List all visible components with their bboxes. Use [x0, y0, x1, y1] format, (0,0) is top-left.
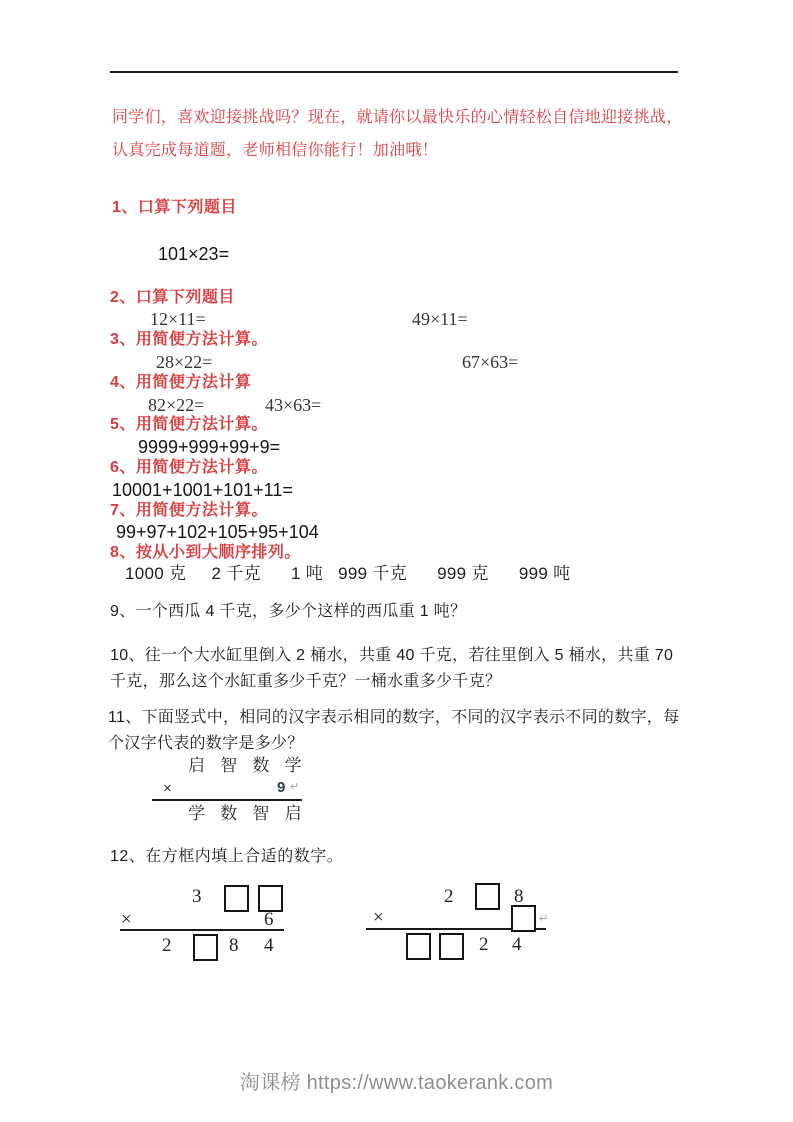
left-mult-result-digit-2: 2 [162, 935, 172, 957]
puzzle-char-qi: 启 [188, 755, 205, 776]
blank-box [258, 885, 283, 912]
footer-site-text: 淘课榜 https://www.taokerank.com [0, 1066, 793, 1095]
left-mult-equals-line [120, 929, 284, 931]
question-2-title: 2、口算下列题目 [110, 288, 235, 308]
question-8-items: 1000 克 2 千克 1 吨 999 千克 999 克 999 吨 [125, 563, 570, 584]
blank-box [511, 905, 536, 932]
question-5-title: 5、用简便方法计算。 [110, 415, 268, 435]
puzzle-char-xue: 学 [285, 755, 302, 776]
question-1-title: 1、口算下列题目 [112, 198, 237, 218]
left-mult-result-digit-4: 4 [264, 935, 274, 957]
question-4-problem-1: 82×22= [148, 394, 204, 417]
question-2-problem-2: 49×11= [412, 308, 468, 331]
question-3-title: 3、用简便方法计算。 [110, 330, 268, 350]
puzzle-times-sign: × [163, 780, 172, 799]
right-mult-times-sign: × [373, 907, 384, 929]
question-9-text: 9、一个西瓜 4 千克，多少个这样的西瓜重 1 吨？ [110, 602, 466, 622]
question-2-problem-1: 12×11= [150, 308, 206, 331]
question-10-line-1: 10、往一个大水缸里倒入 2 桶水，共重 40 千克，若往里倒入 5 桶水，共重… [110, 646, 673, 666]
question-6-title: 6、用简便方法计算。 [110, 458, 268, 478]
right-mult-digit-8: 8 [514, 886, 524, 908]
blank-box [193, 934, 218, 961]
left-mult-digit-3: 3 [192, 886, 202, 908]
blank-box [439, 933, 464, 960]
right-mult-result-digit-4: 4 [512, 934, 522, 956]
puzzle-char-shu: 数 [252, 755, 269, 776]
puzzle-multiplicand-row: 启 智 数 学 [188, 755, 302, 776]
puzzle-char-shu2: 数 [220, 803, 237, 824]
blank-box [475, 883, 500, 910]
puzzle-char-xue2: 学 [188, 803, 205, 824]
right-mult-result-digit-2: 2 [479, 934, 489, 956]
question-5-problem: 9999+999+99+9= [138, 436, 280, 459]
left-mult-times-sign: × [121, 909, 132, 931]
puzzle-equals-line [152, 799, 302, 801]
question-4-problem-2: 43×63= [265, 394, 321, 417]
question-6-problem: 10001+1001+101+11= [112, 479, 293, 502]
top-divider-line [110, 71, 678, 73]
question-11-line-2: 个汉字代表的数字是多少？ [108, 734, 304, 754]
blank-box [224, 885, 249, 912]
left-mult-digit-6: 6 [264, 909, 274, 931]
right-mult-digit-2: 2 [444, 886, 454, 908]
question-8-title: 8、按从小到大顺序排列。 [110, 543, 301, 563]
puzzle-char-zhi2: 智 [252, 803, 269, 824]
question-3-problem-1: 28×22= [156, 351, 212, 374]
question-4-title: 4、用简便方法计算 [110, 373, 251, 393]
question-3-problem-2: 67×63= [462, 351, 518, 374]
intro-line-2: 认真完成每道题，老师相信你能行！加油哦！ [112, 141, 438, 161]
question-12-title: 12、在方框内填上合适的数字。 [110, 847, 343, 867]
question-7-title: 7、用简便方法计算。 [110, 501, 268, 521]
return-mark-icon: ↵ [290, 781, 299, 795]
puzzle-multiplier-digit: 9 [277, 779, 285, 798]
puzzle-char-zhi: 智 [220, 755, 237, 776]
puzzle-product-row: 学 数 智 启 [188, 803, 302, 824]
question-10-line-2: 千克，那么这个水缸重多少千克？一桶水重多少千克？ [110, 672, 501, 692]
left-mult-result-digit-8: 8 [229, 935, 239, 957]
puzzle-char-qi2: 启 [285, 803, 302, 824]
question-1-problem: 101×23= [158, 243, 229, 266]
question-11-line-1: 11、下面竖式中，相同的汉字表示相同的数字，不同的汉字表示不同的数字，每 [108, 708, 679, 728]
worksheet-page: 同学们，喜欢迎接挑战吗？现在，就请你以最快乐的心情轻松自信地迎接挑战， 认真完成… [0, 0, 793, 1122]
blank-box [406, 933, 431, 960]
return-mark-icon: ↵ [539, 913, 548, 927]
intro-line-1: 同学们，喜欢迎接挑战吗？现在，就请你以最快乐的心情轻松自信地迎接挑战， [112, 108, 683, 128]
question-7-problem: 99+97+102+105+95+104 [116, 521, 319, 544]
